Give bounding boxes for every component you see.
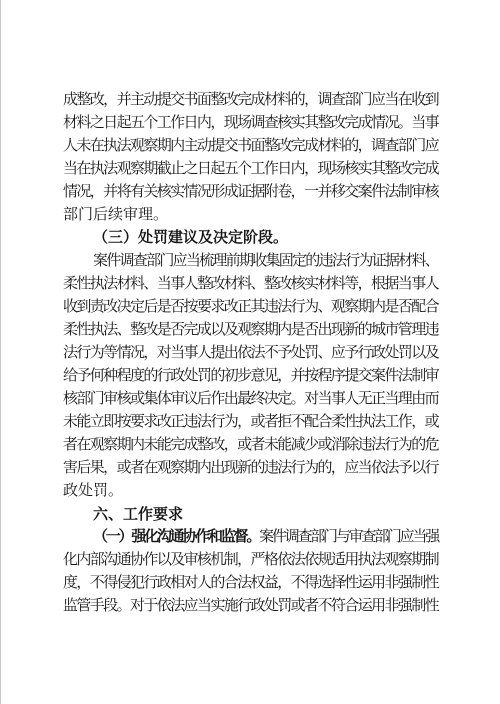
text-line: 六、工作要求 bbox=[63, 503, 438, 526]
body-text: 核部门审核或集体审议后作出最终决定。对当事人无正当理由而 bbox=[63, 391, 438, 407]
body-text: 柔性执法材料、当事人整改材料、整改核实材料等，根据当事人 bbox=[63, 276, 438, 292]
document-text-block: 成整改，并主动提交书面整改完成材料的，调查部门应当在收到材料之日起五个工作日内，… bbox=[63, 89, 438, 618]
text-line-content: 度，不得侵犯行政相对人的合法权益，不得选择性运用非强制性 bbox=[63, 575, 438, 591]
text-line-content: 给予何种程度的行政处罚的初步意见，并按程序提交案件法制审 bbox=[63, 368, 438, 384]
body-text: 成整改，并主动提交书面整改完成材料的，调查部门应当在收到 bbox=[63, 92, 438, 108]
text-line-content: 害后果，或者在观察期内出现新的违法行为的，应当依法予以行 bbox=[63, 460, 438, 476]
text-line: （一）强化沟通协作和监督。案件调查部门与审查部门应当强 bbox=[63, 526, 438, 549]
text-line: （三）处罚建议及决定阶段。 bbox=[63, 227, 438, 250]
text-line: 化内部沟通协作以及审核机制，严格依法依规适用执法观察期制 bbox=[63, 549, 438, 572]
text-line: 核部门审核或集体审议后作出最终决定。对当事人无正当理由而 bbox=[63, 388, 438, 411]
body-text: 案件调查部门与审查部门应当强 bbox=[259, 529, 438, 545]
text-line: 成整改，并主动提交书面整改完成材料的，调查部门应当在收到 bbox=[63, 89, 438, 112]
body-text: 法行为等情况，对当事人提出依法不予处罚、应予行政处罚以及 bbox=[63, 345, 438, 361]
text-line: 给予何种程度的行政处罚的初步意见，并按程序提交案件法制审 bbox=[63, 365, 438, 388]
text-line-content: 六、工作要求 bbox=[93, 507, 183, 523]
body-text: 材料之日起五个工作日内，现场调查核实其整改完成情况。当事 bbox=[63, 115, 438, 131]
text-line-content: 者在观察期内未能完成整改，或者未能减少或消除违法行为的危 bbox=[63, 437, 438, 453]
text-line-content: 情况，并将有关核实情况形成证据附卷，一并移交案件法制审核 bbox=[63, 184, 438, 200]
text-line-content: 人未在执法观察期内主动提交书面整改完成材料的，调查部门应 bbox=[63, 138, 438, 154]
text-line-content: 案件调查部门应当梳理前期收集固定的违法行为证据材料、 bbox=[93, 253, 438, 269]
text-line: 法行为等情况，对当事人提出依法不予处罚、应予行政处罚以及 bbox=[63, 342, 438, 365]
text-line: 部门后续审理。 bbox=[63, 204, 438, 227]
text-line: 情况，并将有关核实情况形成证据附卷，一并移交案件法制审核 bbox=[63, 181, 438, 204]
text-line-content: 柔性执法材料、当事人整改材料、整改核实材料等，根据当事人 bbox=[63, 276, 438, 292]
text-line-content: 柔性执法、整改是否完成以及观察期内是否出现新的城市管理违 bbox=[63, 322, 438, 338]
document-page: 成整改，并主动提交书面整改完成材料的，调查部门应当在收到材料之日起五个工作日内，… bbox=[0, 0, 500, 704]
body-text: 人未在执法观察期内主动提交书面整改完成材料的，调查部门应 bbox=[63, 138, 438, 154]
text-line: 政处罚。 bbox=[63, 480, 438, 503]
text-line-content: 监管手段。对于依法应当实施行政处罚或者不符合运用非强制性 bbox=[63, 598, 438, 614]
body-text: 部门后续审理。 bbox=[63, 207, 168, 223]
text-line: 材料之日起五个工作日内，现场调查核实其整改完成情况。当事 bbox=[63, 112, 438, 135]
body-text: 化内部沟通协作以及审核机制，严格依法依规适用执法观察期制 bbox=[63, 552, 438, 568]
heading-text: （三）处罚建议及决定阶段。 bbox=[93, 230, 288, 246]
body-text: 未能立即按要求改正违法行为，或者拒不配合柔性执法工作，或 bbox=[63, 414, 438, 430]
body-text: 情况，并将有关核实情况形成证据附卷，一并移交案件法制审核 bbox=[63, 184, 438, 200]
text-line-content: 材料之日起五个工作日内，现场调查核实其整改完成情况。当事 bbox=[63, 115, 438, 131]
text-line: 当在执法观察期截止之日起五个工作日内，现场核实其整改完成 bbox=[63, 158, 438, 181]
text-line-content: 化内部沟通协作以及审核机制，严格依法依规适用执法观察期制 bbox=[63, 552, 438, 568]
text-line: 柔性执法、整改是否完成以及观察期内是否出现新的城市管理违 bbox=[63, 319, 438, 342]
text-line-content: 政处罚。 bbox=[63, 483, 123, 499]
body-text: 当在执法观察期截止之日起五个工作日内，现场核实其整改完成 bbox=[63, 161, 438, 177]
body-text: 给予何种程度的行政处罚的初步意见，并按程序提交案件法制审 bbox=[63, 368, 438, 384]
body-text: 政处罚。 bbox=[63, 483, 123, 499]
heading-text: 六、工作要求 bbox=[93, 506, 183, 523]
text-line-content: 部门后续审理。 bbox=[63, 207, 168, 223]
text-line-content: 成整改，并主动提交书面整改完成材料的，调查部门应当在收到 bbox=[63, 92, 438, 108]
text-line: 人未在执法观察期内主动提交书面整改完成材料的，调查部门应 bbox=[63, 135, 438, 158]
text-line: 度，不得侵犯行政相对人的合法权益，不得选择性运用非强制性 bbox=[63, 572, 438, 595]
body-text: 案件调查部门应当梳理前期收集固定的违法行为证据材料、 bbox=[93, 253, 438, 269]
text-line: 收到责改决定后是否按要求改正其违法行为、观察期内是否配合 bbox=[63, 296, 438, 319]
text-line: 者在观察期内未能完成整改，或者未能减少或消除违法行为的危 bbox=[63, 434, 438, 457]
body-text: 柔性执法、整改是否完成以及观察期内是否出现新的城市管理违 bbox=[63, 322, 438, 338]
text-line: 未能立即按要求改正违法行为，或者拒不配合柔性执法工作，或 bbox=[63, 411, 438, 434]
text-line-content: 核部门审核或集体审议后作出最终决定。对当事人无正当理由而 bbox=[63, 391, 438, 407]
body-text: 度，不得侵犯行政相对人的合法权益，不得选择性运用非强制性 bbox=[63, 575, 438, 591]
text-line-content: 收到责改决定后是否按要求改正其违法行为、观察期内是否配合 bbox=[63, 299, 438, 315]
text-line-content: 当在执法观察期截止之日起五个工作日内，现场核实其整改完成 bbox=[63, 161, 438, 177]
text-line-content: 法行为等情况，对当事人提出依法不予处罚、应予行政处罚以及 bbox=[63, 345, 438, 361]
heading-text: （一）强化沟通协作和监督。 bbox=[93, 529, 259, 545]
text-line: 案件调查部门应当梳理前期收集固定的违法行为证据材料、 bbox=[63, 250, 438, 273]
text-line: 监管手段。对于依法应当实施行政处罚或者不符合运用非强制性 bbox=[63, 595, 438, 618]
text-line: 柔性执法材料、当事人整改材料、整改核实材料等，根据当事人 bbox=[63, 273, 438, 296]
body-text: 监管手段。对于依法应当实施行政处罚或者不符合运用非强制性 bbox=[63, 598, 438, 614]
text-line-content: （一）强化沟通协作和监督。案件调查部门与审查部门应当强 bbox=[93, 529, 438, 545]
body-text: 者在观察期内未能完成整改，或者未能减少或消除违法行为的危 bbox=[63, 437, 438, 453]
body-text: 收到责改决定后是否按要求改正其违法行为、观察期内是否配合 bbox=[63, 299, 438, 315]
text-line-content: 未能立即按要求改正违法行为，或者拒不配合柔性执法工作，或 bbox=[63, 414, 438, 430]
text-line-content: （三）处罚建议及决定阶段。 bbox=[93, 230, 288, 246]
text-line: 害后果，或者在观察期内出现新的违法行为的，应当依法予以行 bbox=[63, 457, 438, 480]
body-text: 害后果，或者在观察期内出现新的违法行为的，应当依法予以行 bbox=[63, 460, 438, 476]
